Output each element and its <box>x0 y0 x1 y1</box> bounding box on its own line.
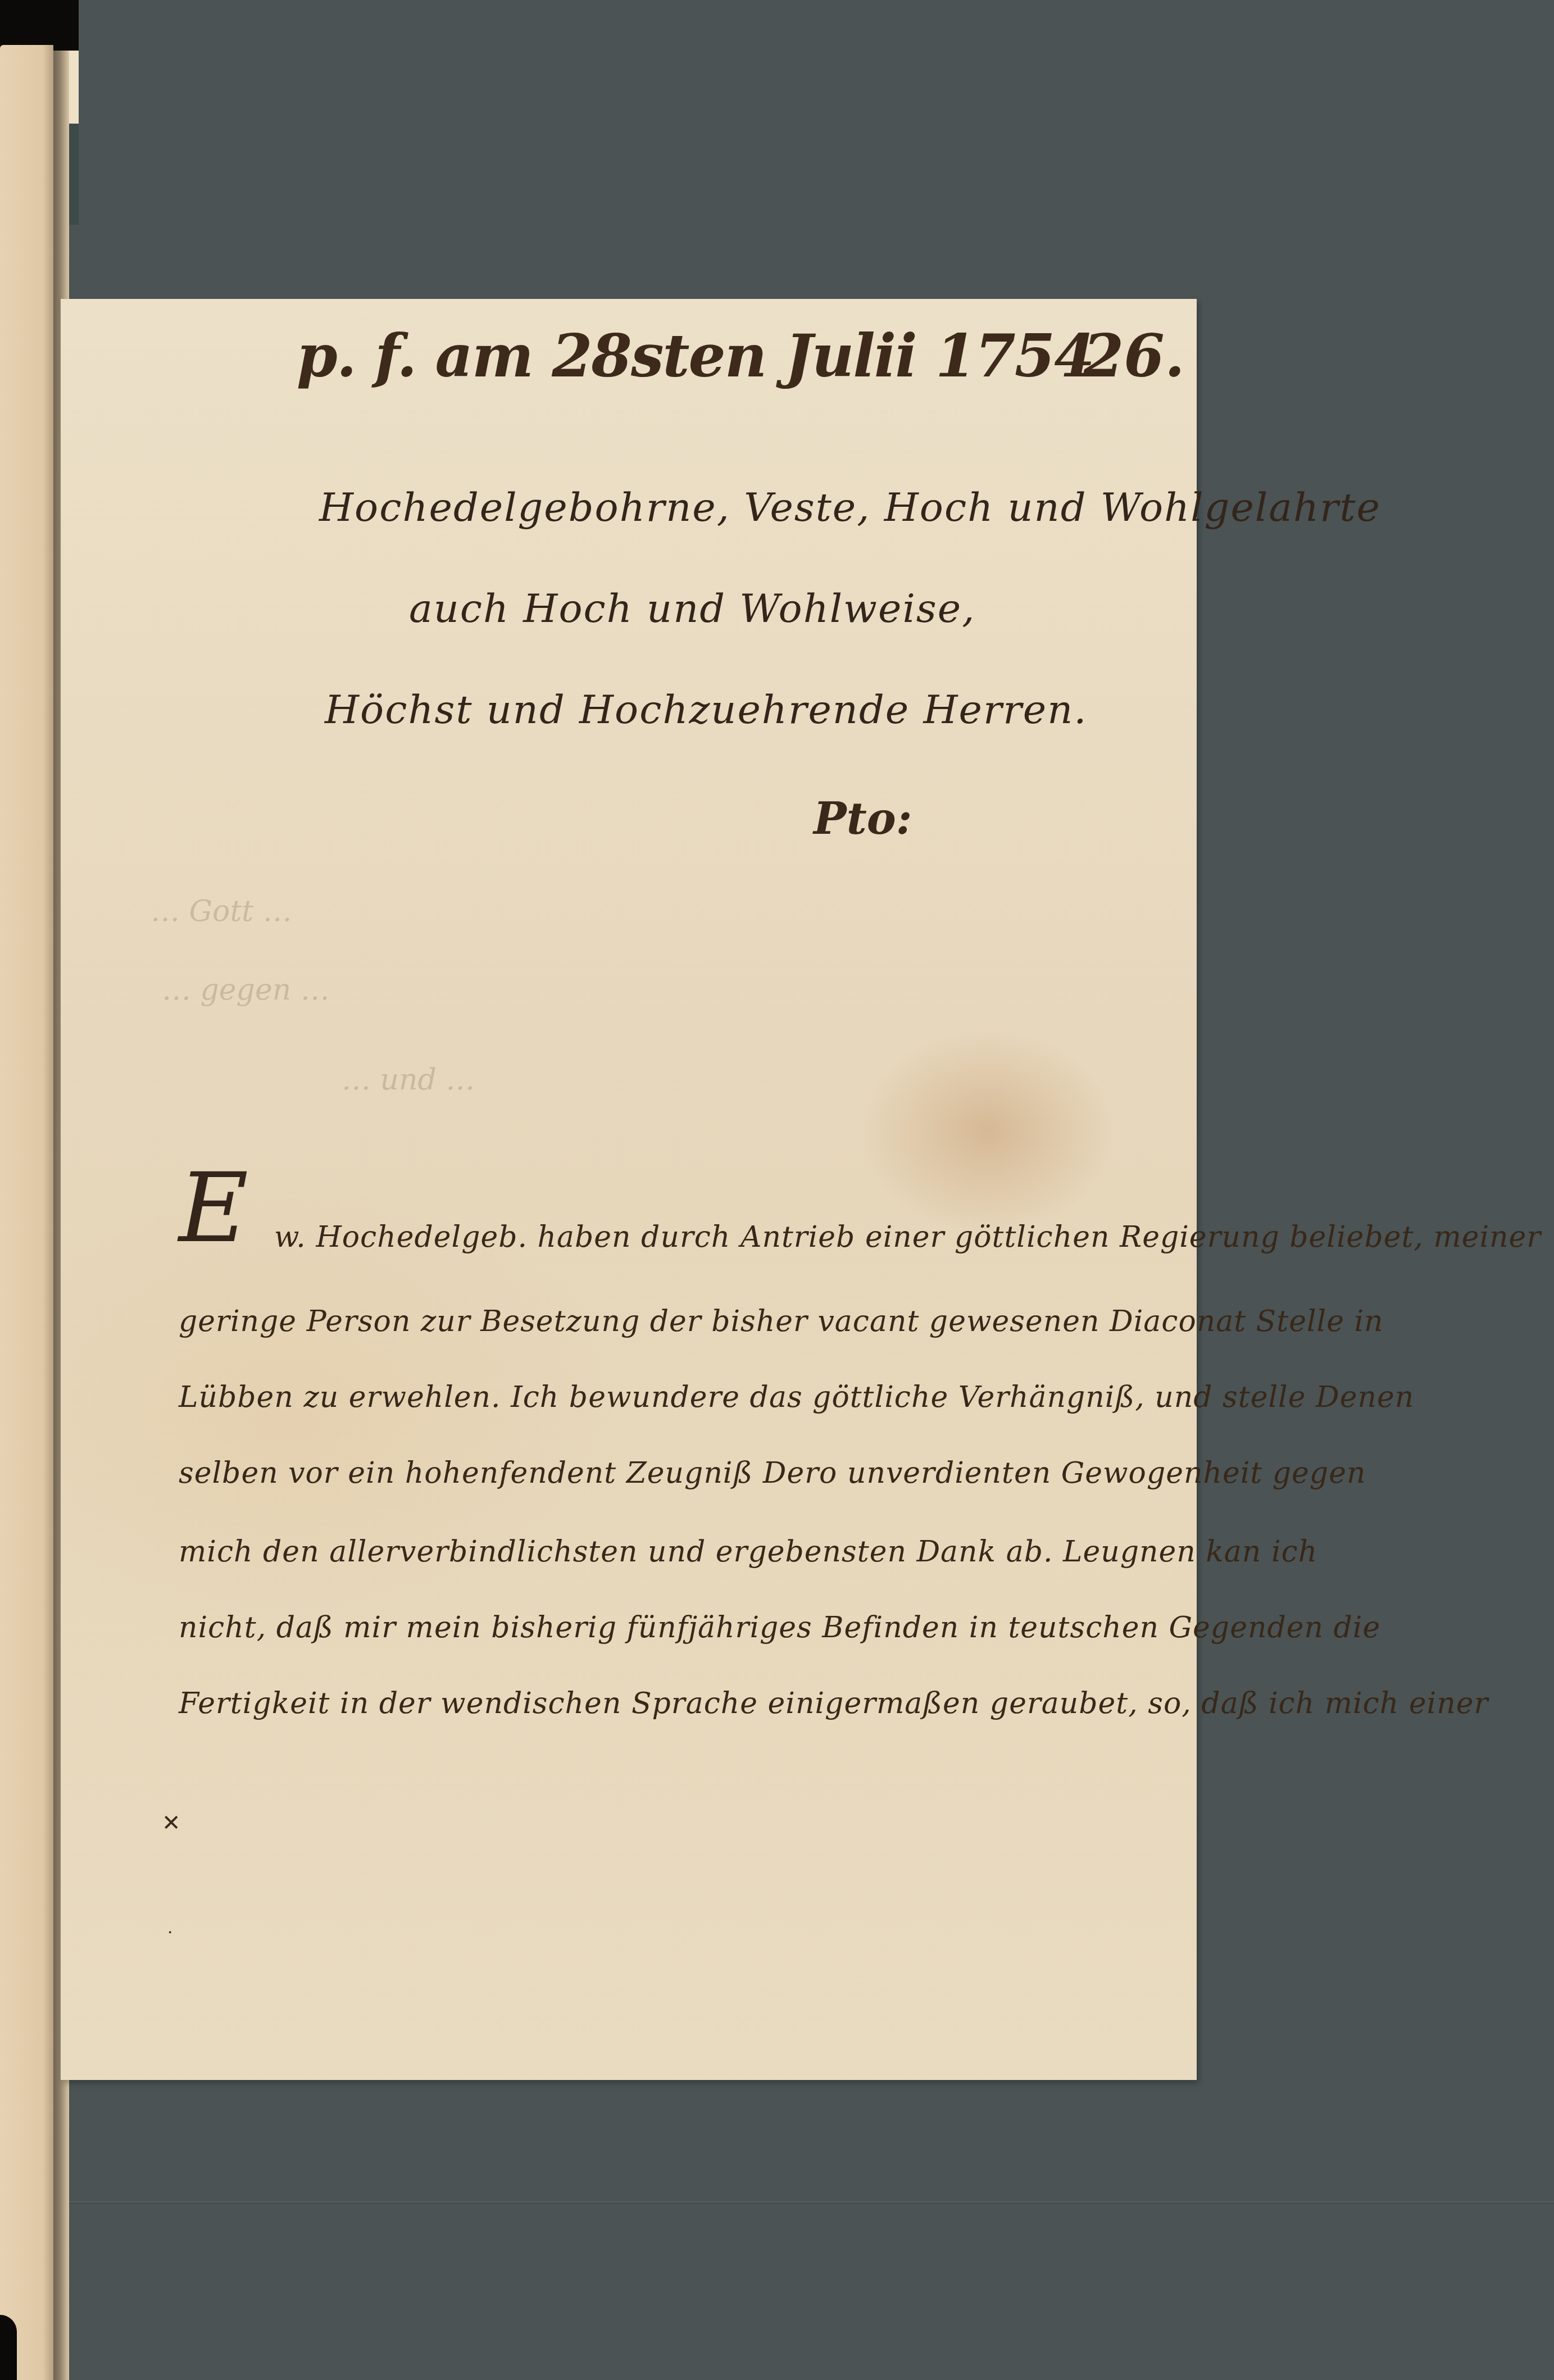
body-line: selben vor ein hohenfendent Zeugniß Dero… <box>179 1456 1366 1490</box>
body-line: Fertigkeit in der wendischen Sprache ein… <box>179 1687 1488 1720</box>
bleed-through-text: … und … <box>342 1063 475 1097</box>
margin-ink-mark: ✕ <box>162 1810 181 1836</box>
drop-cap: E <box>179 1153 248 1264</box>
body-line: geringe Person zur Besetzung der bisher … <box>179 1305 1384 1338</box>
folio-number: 26. <box>1083 321 1185 390</box>
bleed-through-text: … Gott … <box>151 894 292 928</box>
body-line: nicht, daß mir mein bisherig fünfjährige… <box>179 1611 1380 1645</box>
backing-board-crease <box>66 2201 1554 2204</box>
salutation-line-1: Hochedelgebohrne, Veste, Hoch und Wohlge… <box>319 484 1381 530</box>
bleed-through-text: … gegen … <box>162 973 330 1007</box>
body-line: w. Hochedelgeb. haben durch Antrieb eine… <box>274 1220 1541 1254</box>
gutter-paper-strip <box>69 51 79 124</box>
manuscript-leaf: p. f. am 28sten Julii 1754 26. Hochedelg… <box>61 299 1197 2080</box>
received-date-note: p. f. am 28sten Julii 1754 <box>297 321 1094 390</box>
margin-ink-mark: · <box>167 1923 173 1942</box>
salutation-line-3: Höchst und Hochzuehrende Herren. <box>325 687 1088 733</box>
formula-abbreviation: Pto: <box>814 793 912 844</box>
binding-shadow-bottom <box>0 2315 17 2380</box>
binding-shadow-top <box>0 0 79 51</box>
salutation-line-2: auch Hoch und Wohlweise, <box>409 585 975 632</box>
gutter-dark-strip <box>69 124 79 225</box>
body-line: Lübben zu erwehlen. Ich bewundere das gö… <box>179 1380 1414 1414</box>
facing-page-edge <box>0 45 53 2380</box>
body-line: mich den allerverbindlichsten und ergebe… <box>179 1535 1317 1569</box>
